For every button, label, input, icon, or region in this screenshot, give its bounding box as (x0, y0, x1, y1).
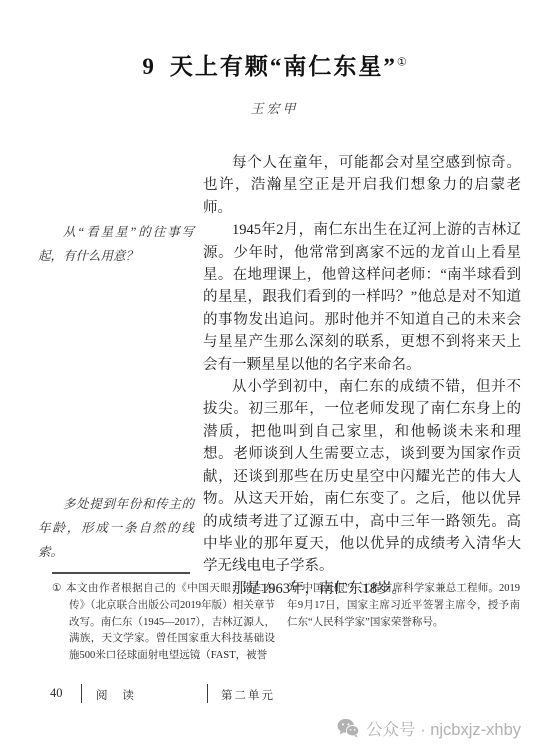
wechat-watermark: 公众号 · njcbxjz-xhby (337, 716, 521, 740)
footnote-text-left: 本文由作者根据自己的《中国天眼：南仁东传》（北京联合出版公司2019年版）相关章… (66, 583, 275, 661)
footnote-marker: ① (52, 583, 62, 594)
body-text-column: 每个人在童年，可能都会对星空感到惊奇。也许，浩瀚星空正是开启我们想象力的启蒙老师… (203, 152, 521, 600)
footnote-reference-mark: ① (397, 56, 407, 68)
lesson-number: 9 (142, 54, 156, 79)
watermark-text: 公众号 · njcbxjz-xhby (366, 716, 521, 740)
author-name: 王宏甲 (0, 98, 549, 117)
paragraph-3: 从小学到初中，南仁东的成绩不错，但并不拔尖。初三那年，一位老师发现了南仁东身上的… (203, 376, 521, 578)
footer-divider-2 (207, 684, 208, 703)
paragraph-1: 每个人在童年，可能都会对星空感到惊奇。也许，浩瀚星空正是开启我们想象力的启蒙老师… (203, 152, 521, 219)
lesson-title-text: 天上有颗“南仁东星” (170, 54, 397, 79)
page-number: 40 (50, 686, 63, 701)
page-footer: 40 阅 读 第二单元 (50, 684, 510, 704)
lesson-title: 9天上有颗“南仁东星”① (0, 48, 549, 81)
footnote-separator-rule (52, 572, 190, 574)
footer-divider-1 (81, 684, 82, 703)
wechat-icon (337, 718, 359, 738)
footnote-column-left: ①本文由作者根据自己的《中国天眼：南仁东传》（北京联合出版公司2019年版）相关… (52, 581, 275, 665)
margin-note-clue: 多处提到年份和传主的年龄，形成一条自然的线索。 (38, 492, 194, 564)
footer-unit-label: 第二单元 (221, 687, 275, 703)
margin-note-question: 从“看星星”的往事写起，有什么用意？ (38, 220, 194, 268)
textbook-page: 9天上有颗“南仁东星”① 王宏甲 从“看星星”的往事写起，有什么用意？ 多处提到… (0, 0, 549, 752)
footer-section-label: 阅 读 (96, 687, 140, 703)
footnote-column-right: 为“中国天眼”）工程首席科学家兼总工程师。2019年9月17日，国家主席习近平签… (287, 581, 520, 631)
paragraph-2: 1945年2月，南仁东出生在辽河上游的吉林辽源。少年时，他常常到离家不远的龙首山… (203, 219, 521, 376)
